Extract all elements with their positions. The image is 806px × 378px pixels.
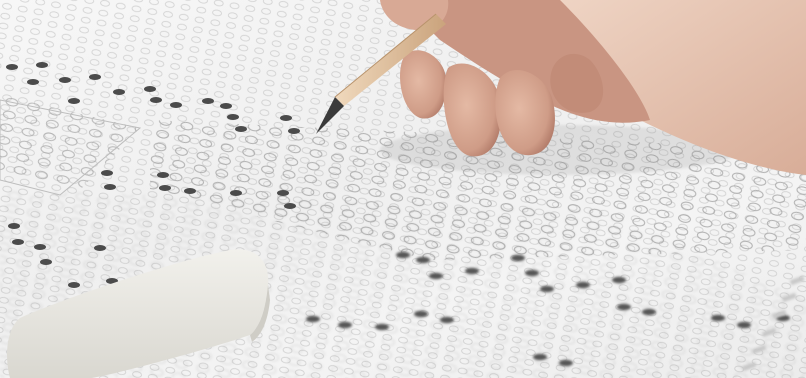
answer-sheet — [0, 0, 806, 378]
answer-sheet-photo — [0, 0, 806, 378]
